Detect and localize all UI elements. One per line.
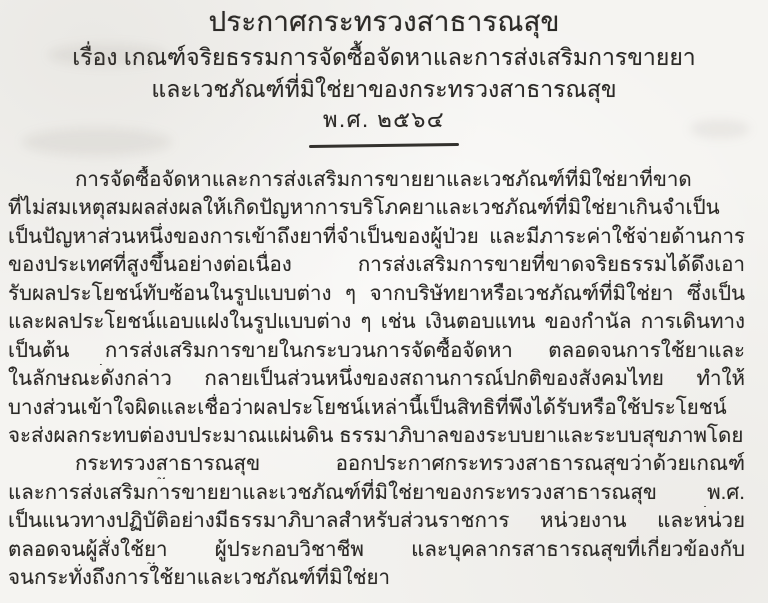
paragraph-2-line-2: และการส่งเสริมการขายยาและเวชภัณฑ์ที่มิใช… — [8, 479, 745, 507]
paragraph-1-line-10: จะส่งผลกระทบต่องบประมาณแผ่นดิน ธรรมาภิบา… — [8, 422, 745, 450]
document-title: ประกาศกระทรวงสาธารณสุข — [0, 0, 768, 41]
paragraph-1-line-8: ในลักษณะดังกล่าว กลายเป็นส่วนหนึ่งของสถา… — [8, 365, 745, 393]
paragraph-1-line-7: เป็นต้น การส่งเสริมการขายในกระบวนการจัดซ… — [8, 337, 745, 365]
document-year: พ.ศ. ๒๕๖๔ — [0, 105, 768, 135]
title-divider — [309, 143, 459, 148]
paragraph-1: การจัดซื้อจัดหาและการส่งเสริมการขายยาและ… — [8, 166, 745, 450]
paragraph-1-line-3: เป็นปัญหาส่วนหนึ่งของการเข้าถึงยาที่จำเป… — [8, 223, 745, 251]
paragraph-1-line-9: บางส่วนเข้าใจผิดและเชื่อว่าผลประโยชน์เหล… — [8, 394, 745, 422]
document-subject-line-2: และเวชภัณฑ์ที่มิใช่ยาของกระทรวงสาธารณสุข — [0, 73, 768, 105]
paragraph-1-line-4: ของประเทศที่สูงขึ้นอย่างต่อเนื่อง การส่ง… — [8, 251, 745, 279]
document-header: ประกาศกระทรวงสาธารณสุข เรื่อง เกณฑ์จริยธ… — [0, 0, 768, 147]
paragraph-2-line-5: จนกระทั่งถึงการใช้ยาและเวชภัณฑ์ที่มิใช่ย… — [8, 564, 745, 592]
paragraph-1-line-5: รับผลประโยชน์ทับซ้อนในรูปแบบต่าง ๆ จากบร… — [8, 280, 745, 308]
paragraph-2-line-3: เป็นแนวทางปฏิบัติอย่างมีธรรมาภิบาลสำหรับ… — [8, 507, 745, 535]
paragraph-2-line-1: กระทรวงสาธารณสุข ออกประกาศกระทรวงสาธารณส… — [8, 450, 745, 478]
paragraph-1-line-6: และผลประโยชน์แอบแฝงในรูปแบบต่าง ๆ เช่น เ… — [8, 308, 745, 336]
document-page: ประกาศกระทรวงสาธารณสุข เรื่อง เกณฑ์จริยธ… — [0, 0, 768, 603]
document-body: การจัดซื้อจัดหาและการส่งเสริมการขายยาและ… — [8, 166, 745, 593]
paragraph-2-line-4: ตลอดจนผู้สั่งใช้ยา ผู้ประกอบวิชาชีพ และบ… — [8, 536, 745, 564]
paragraph-2: กระทรวงสาธารณสุข ออกประกาศกระทรวงสาธารณส… — [8, 450, 745, 592]
paragraph-1-line-2: ที่ไม่สมเหตุสมผลส่งผลให้เกิดปัญหาการบริโ… — [8, 194, 745, 222]
document-subject-line-1: เรื่อง เกณฑ์จริยธรรมการจัดซื้อจัดหาและกา… — [0, 41, 768, 73]
paragraph-1-line-1: การจัดซื้อจัดหาและการส่งเสริมการขายยาและ… — [8, 166, 745, 194]
